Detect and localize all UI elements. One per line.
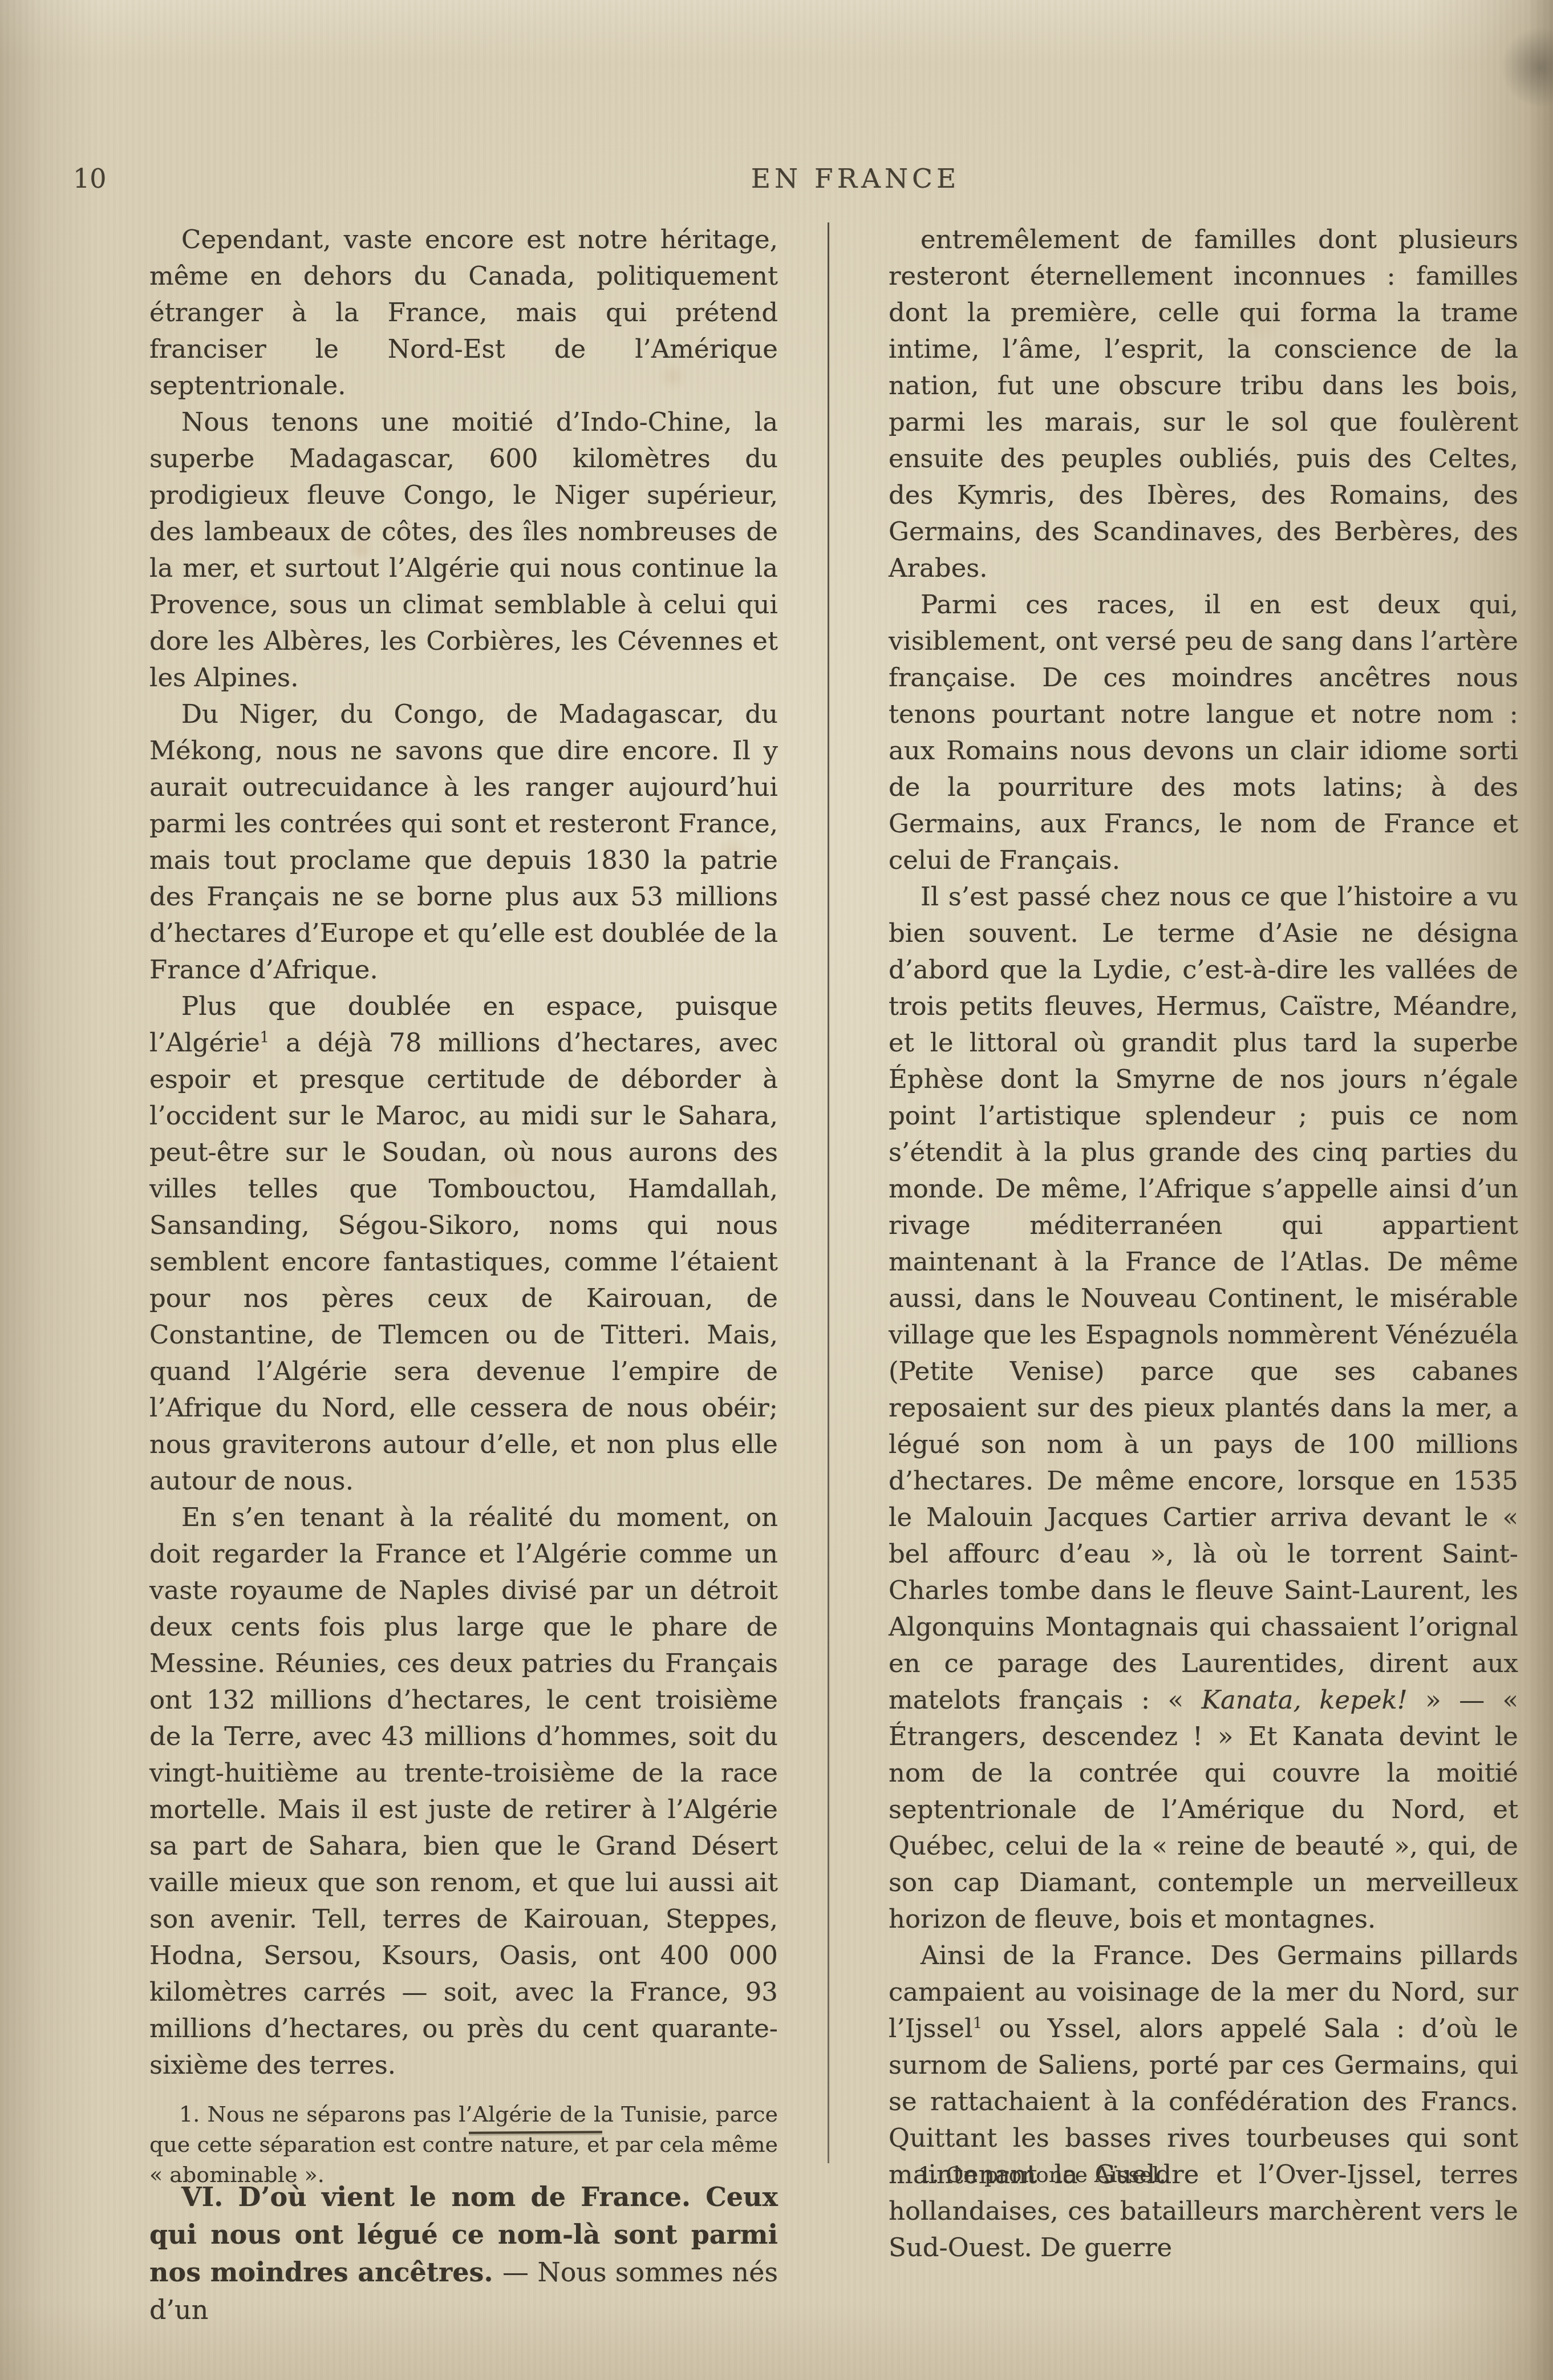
running-title: EN FRANCE bbox=[736, 164, 975, 194]
text-run: » — « Étrangers, descendez ! » Et Kanata… bbox=[889, 1685, 1518, 1934]
footnote-left: 1. Nous ne séparons pas l’Algérie de la … bbox=[149, 2099, 778, 2190]
text-run: a déjà 78 millions d’hectares, avec espo… bbox=[149, 1027, 778, 1496]
paragraph: Il s’est passé chez nous ce que l’histoi… bbox=[889, 879, 1518, 1937]
left-column: Cependant, vaste encore est notre hérita… bbox=[149, 221, 778, 2329]
text-run: Nous tenons une moitié d’Indo-Chine, la … bbox=[149, 407, 778, 693]
column-divider-rule bbox=[828, 222, 829, 2163]
book-page: 10 EN FRANCE Cependant, vaste encore est… bbox=[0, 0, 1553, 2380]
text-run: Parmi ces races, il en est deux qui, vis… bbox=[889, 589, 1518, 875]
footnote-marker: 1 bbox=[260, 1029, 270, 1046]
paragraph: Plus que doublée en espace, puisque l’Al… bbox=[149, 988, 778, 1499]
paragraph: Du Niger, du Congo, de Madagascar, du Mé… bbox=[149, 696, 778, 988]
right-column: entremêlement de familles dont plusieurs… bbox=[889, 221, 1518, 2266]
footnote-right: 1. On prononce Aïssel. bbox=[889, 2160, 1518, 2190]
text-run: Du Niger, du Congo, de Madagascar, du Mé… bbox=[149, 699, 778, 985]
text-run: Il s’est passé chez nous ce que l’histoi… bbox=[889, 881, 1518, 1715]
section-heading: VI. D’où vient le nom de France. Ceux qu… bbox=[149, 2178, 778, 2329]
paragraph: Nous tenons une moitié d’Indo-Chine, la … bbox=[149, 404, 778, 696]
footnote-marker: 1 bbox=[973, 2015, 983, 2032]
paragraph: Parmi ces races, il en est deux qui, vis… bbox=[889, 586, 1518, 879]
text-run: Kanata, kepek! bbox=[1201, 1685, 1408, 1715]
text-run: Cependant, vaste encore est notre hérita… bbox=[149, 224, 778, 400]
text-run: 1. On prononce Aïssel. bbox=[918, 2162, 1166, 2187]
paragraph: Cependant, vaste encore est notre hérita… bbox=[149, 221, 778, 404]
paragraph: Ainsi de la France. Des Germains pillard… bbox=[889, 1937, 1518, 2266]
paragraph: En s’en tenant à la réalité du moment, o… bbox=[149, 1499, 778, 2083]
text-run: 1. Nous ne séparons pas l’Algérie de la … bbox=[149, 2102, 778, 2187]
paragraph: entremêlement de familles dont plusieurs… bbox=[889, 221, 1518, 586]
text-run: ou Yssel, alors appelé Sala : d’où le su… bbox=[889, 2013, 1518, 2262]
right-column-text: entremêlement de familles dont plusieurs… bbox=[889, 221, 1518, 2266]
text-run: entremêlement de familles dont plusieurs… bbox=[889, 224, 1518, 583]
page-number: 10 bbox=[73, 164, 107, 193]
text-run: En s’en tenant à la réalité du moment, o… bbox=[149, 1502, 778, 2080]
left-column-text: Cependant, vaste encore est notre hérita… bbox=[149, 221, 778, 2083]
